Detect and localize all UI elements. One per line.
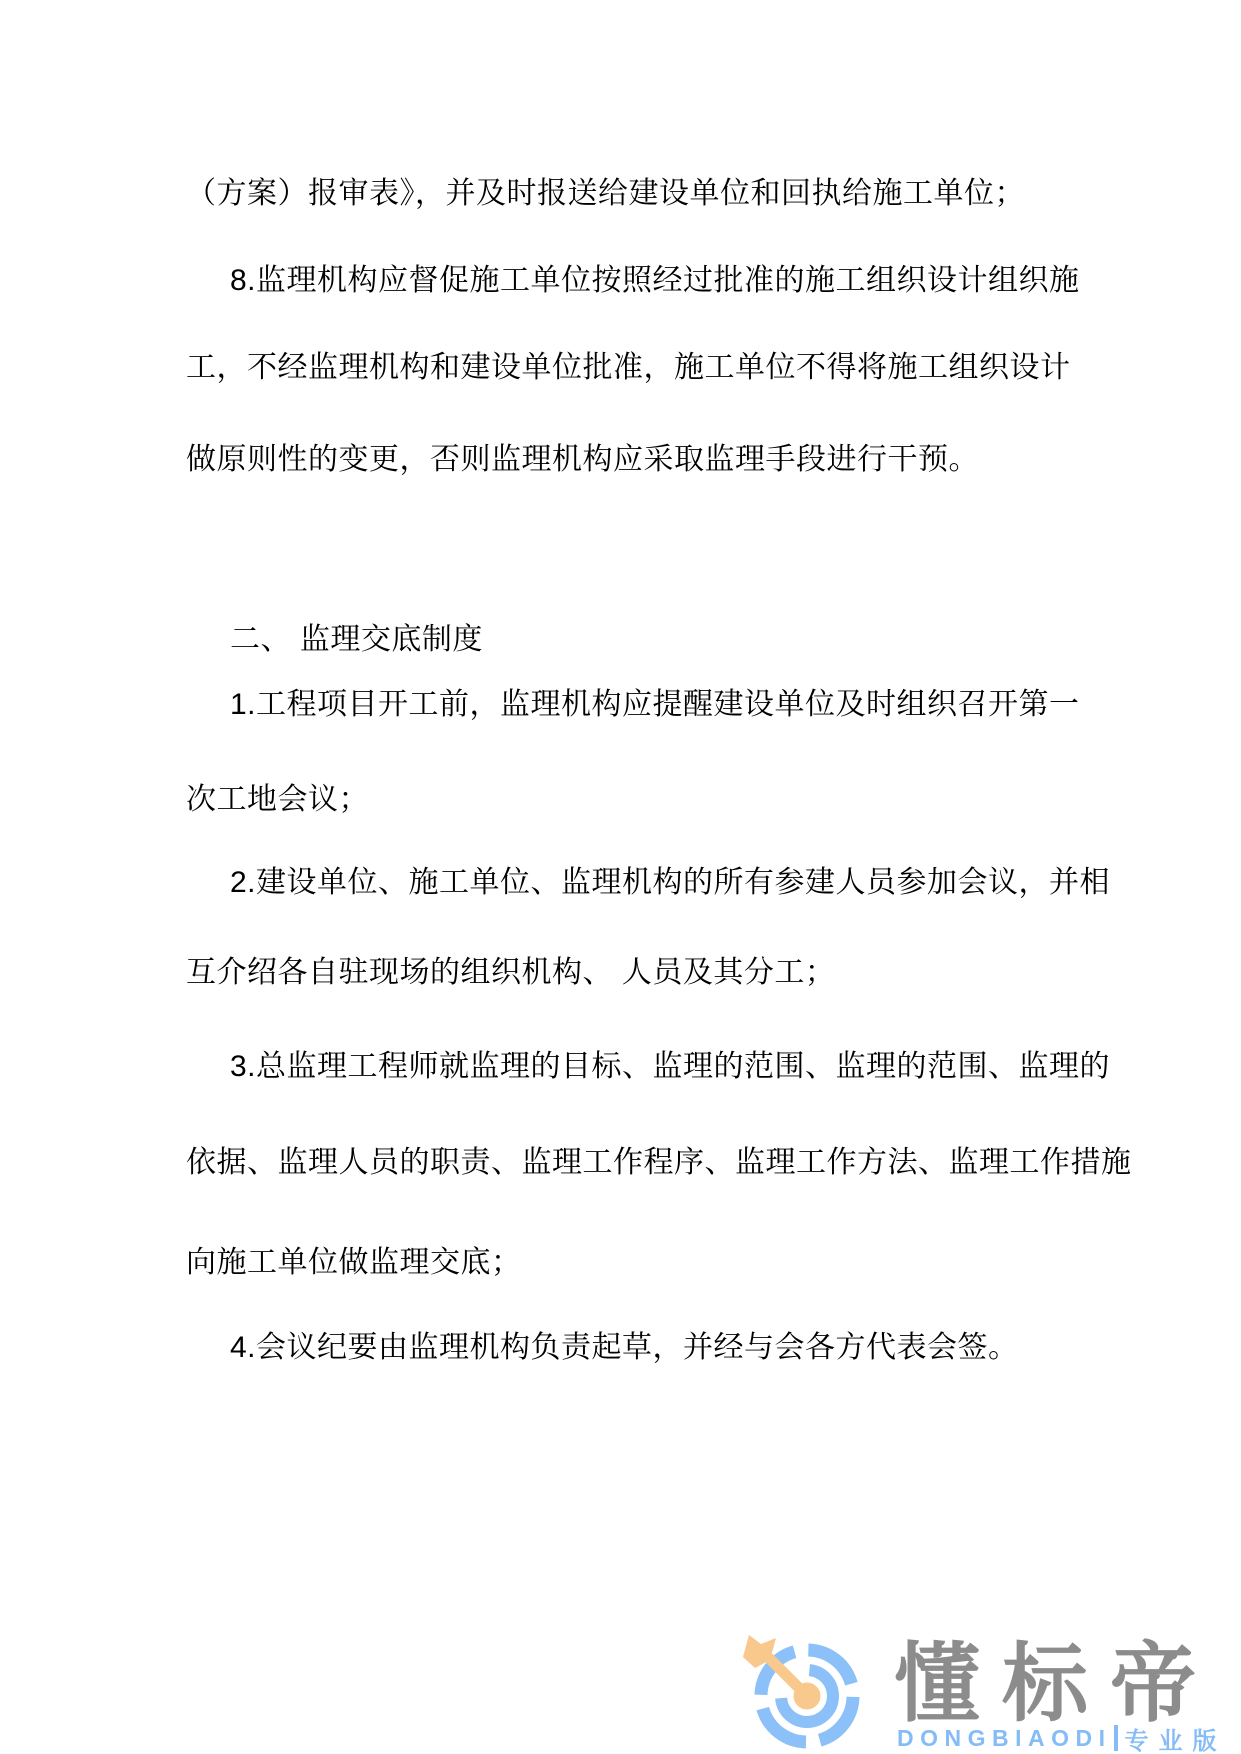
- text-line: 工，不经监理机构和建设单位批准，施工单位不得将施工组织设计: [186, 350, 1071, 386]
- text-line: 次工地会议；: [186, 782, 369, 818]
- watermark-brand-en: DONGBIAODI: [897, 1725, 1112, 1752]
- text-line: 2.建设单位、施工单位、监理机构的所有参建人员参加会议，并相: [230, 865, 1110, 901]
- text-line: 1.工程项目开工前，监理机构应提醒建设单位及时组织召开第一: [230, 687, 1080, 723]
- text-line: （方案）报审表》，并及时报送给建设单位和回执给施工单位；: [186, 176, 1025, 212]
- section-heading: 二、 监理交底制度: [230, 622, 483, 658]
- dongbiaodi-target-icon: [730, 1630, 910, 1754]
- text-line: 依据、监理人员的职责、监理工作程序、监理工作方法、监理工作措施: [186, 1145, 1132, 1181]
- watermark-edition: 专业版: [1125, 1721, 1227, 1754]
- text-line: 3.总监理工程师就监理的目标、监理的范围、监理的范围、监理的: [230, 1049, 1110, 1085]
- watermark-subline: DONGBIAODI 专业版: [897, 1726, 1227, 1750]
- text-line: 4.会议纪要由监理机构负责起草，并经与会各方代表会签。: [230, 1330, 1019, 1366]
- text-line: 8.监理机构应督促施工单位按照经过批准的施工组织设计组织施: [230, 263, 1080, 299]
- text-line: 做原则性的变更，否则监理机构应采取监理手段进行干预。: [186, 442, 979, 478]
- watermark-separator-bar: [1114, 1725, 1118, 1751]
- text-line: 互介绍各自驻现场的组织机构、 人员及其分工；: [186, 955, 835, 991]
- watermark-brand-cn: 懂标帝: [894, 1641, 1218, 1727]
- text-line: 向施工单位做监理交底；: [186, 1245, 522, 1281]
- document-page: （方案）报审表》，并及时报送给建设单位和回执给施工单位； 8.监理机构应督促施工…: [0, 0, 1241, 1754]
